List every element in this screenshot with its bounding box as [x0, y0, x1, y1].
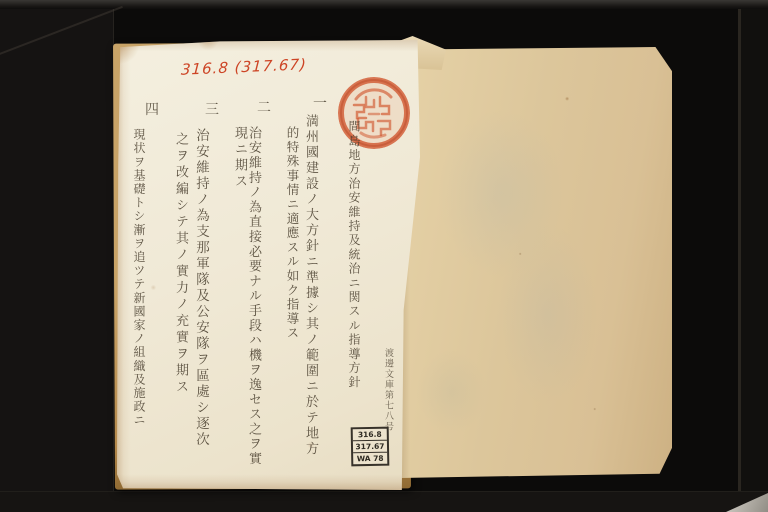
frame-right-seam	[738, 4, 741, 512]
photo-of-archival-document: 316.8 (317.67) 間島地方治安維持及統治ニ関スル指導方針 一 満州國…	[0, 0, 768, 512]
document-title-column: 間島地方治安維持及統治ニ関スル指導方針	[346, 120, 363, 400]
blank-right-page	[396, 47, 672, 478]
item-4-line-1: 現状ヲ基礎トシ漸ヲ追ツテ新國家ノ組織及施政ニ	[131, 128, 148, 430]
item-4-marker: 四	[145, 99, 159, 119]
backdrop-left-panel	[0, 0, 114, 512]
item-3-line-2: 之ヲ改編シテ其ノ實力ノ充實ヲ期ス	[171, 132, 190, 398]
item-1-line-2: 的特殊事情ニ適應スル如ク指導ス	[283, 126, 301, 342]
item-3-marker: 三	[205, 99, 219, 119]
item-2-line-2: 現ニ期ス	[230, 126, 249, 192]
item-1-line-1: 満州國建設ノ大方針ニ準據シ其ノ範圍ニ於テ地方	[301, 114, 320, 460]
red-call-number: 316.8 (317.67)	[181, 55, 308, 79]
backdrop-bottom-panel	[0, 491, 768, 512]
item-2-marker: 二	[257, 97, 271, 117]
item-1-marker: 一	[313, 93, 327, 113]
call-number-label-box: 316.8 317.67 WA 78	[351, 427, 390, 467]
backdrop-right-panel	[741, 0, 768, 512]
label-box-row-2: 317.67	[353, 440, 387, 453]
manuscript-left-page: 316.8 (317.67) 間島地方治安維持及統治ニ関スル指導方針 一 満州國…	[117, 40, 420, 490]
item-3-line-1: 治安維持ノ為支那軍隊及公安隊ヲ區處シ逐次	[191, 128, 211, 450]
label-box-row-1: 316.8	[353, 429, 387, 441]
label-box-row-3: WA 78	[353, 452, 387, 465]
